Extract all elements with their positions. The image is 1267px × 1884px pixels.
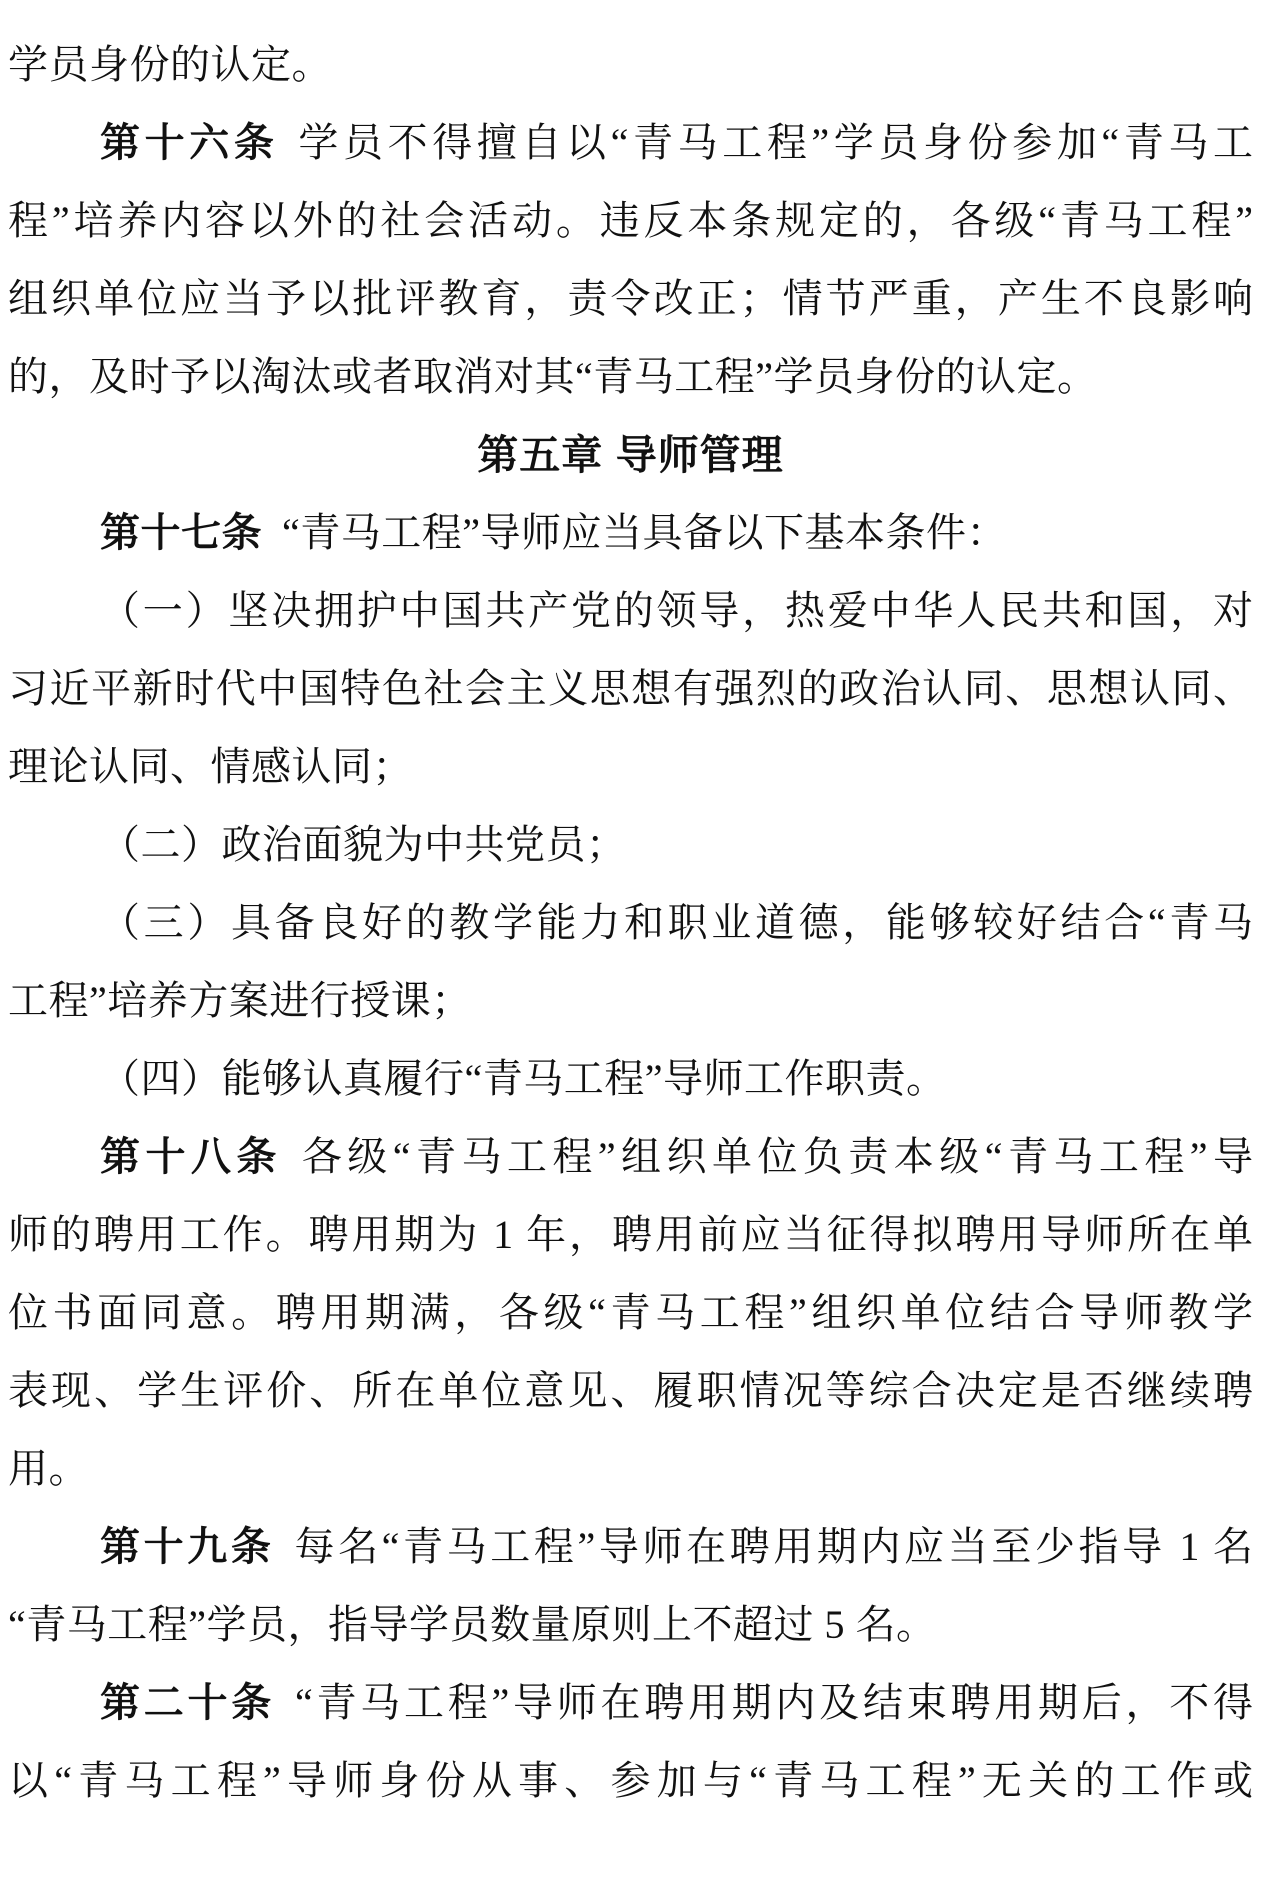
document-line: 理论认同、情感认同； (8, 728, 1253, 806)
line-text: 每名“青马工程”导师在聘用期内应当至少指导 1 名 (294, 1524, 1253, 1569)
article-number: 第二十条 (100, 1681, 275, 1725)
line-text: 各级“青马工程”组织单位负责本级“青马工程”导 (302, 1134, 1253, 1179)
document-line: 第十七条“青马工程”导师应当具备以下基本条件： (8, 494, 1253, 572)
document-line: 第十九条每名“青马工程”导师在聘用期内应当至少指导 1 名 (8, 1508, 1253, 1586)
document-line: 习近平新时代中国特色社会主义思想有强烈的政治认同、思想认同、 (8, 650, 1253, 728)
document-line: （三）具备良好的教学能力和职业道德，能够较好结合“青马 (8, 884, 1253, 962)
document-line: 组织单位应当予以批评教育，责令改正；情节严重，产生不良影响 (8, 260, 1253, 338)
document-line: （一）坚决拥护中国共产党的领导，热爱中华人民共和国，对 (8, 572, 1253, 650)
document-line: 表现、学生评价、所在单位意见、履职情况等综合决定是否继续聘 (8, 1352, 1253, 1430)
article-number: 第十八条 (100, 1135, 282, 1179)
document-line: 用。 (8, 1430, 1253, 1508)
document-line: 第二十条“青马工程”导师在聘用期内及结束聘用期后，不得 (8, 1664, 1253, 1742)
document-line: （二）政治面貌为中共党员； (8, 806, 1253, 884)
document-line: 工程”培养方案进行授课； (8, 962, 1253, 1040)
article-number: 第十七条 (100, 511, 262, 555)
article-number: 第十九条 (100, 1525, 274, 1569)
document-line: 的，及时予以淘汰或者取消对其“青马工程”学员身份的认定。 (8, 338, 1253, 416)
document-line: 位书面同意。聘用期满，各级“青马工程”组织单位结合导师教学 (8, 1274, 1253, 1352)
document-line: 第十六条学员不得擅自以“青马工程”学员身份参加“青马工 (8, 104, 1253, 182)
document-page: 学员身份的认定。第十六条学员不得擅自以“青马工程”学员身份参加“青马工程”培养内… (0, 0, 1267, 1884)
line-text: “青马工程”导师在聘用期内及结束聘用期后，不得 (295, 1680, 1253, 1725)
article-number: 第十六条 (100, 121, 278, 165)
document-line: （四）能够认真履行“青马工程”导师工作职责。 (8, 1040, 1253, 1118)
document-line: 学员身份的认定。 (8, 26, 1253, 104)
document-body: 学员身份的认定。第十六条学员不得擅自以“青马工程”学员身份参加“青马工程”培养内… (8, 26, 1253, 1820)
line-text: “青马工程”导师应当具备以下基本条件： (282, 510, 1007, 555)
line-text: 学员不得擅自以“青马工程”学员身份参加“青马工 (298, 120, 1253, 165)
document-line: “青马工程”学员，指导学员数量原则上不超过 5 名。 (8, 1586, 1253, 1664)
document-line: 第十八条各级“青马工程”组织单位负责本级“青马工程”导 (8, 1118, 1253, 1196)
chapter-heading: 第五章 导师管理 (8, 416, 1253, 494)
document-line: 程”培养内容以外的社会活动。违反本条规定的，各级“青马工程” (8, 182, 1253, 260)
document-line: 师的聘用工作。聘用期为 1 年，聘用前应当征得拟聘用导师所在单 (8, 1196, 1253, 1274)
document-line: 以“青马工程”导师身份从事、参加与“青马工程”无关的工作或 (8, 1742, 1253, 1820)
